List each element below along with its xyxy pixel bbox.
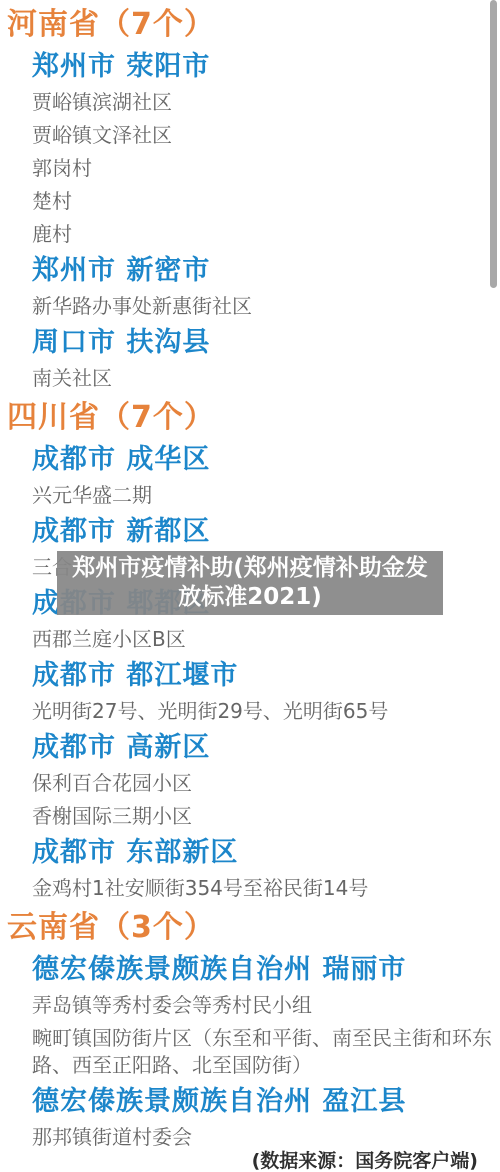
risk-area-item: 鹿村: [7, 221, 492, 248]
risk-area-item: 贾峪镇文泽社区: [7, 122, 492, 149]
city-heading: 成都市 新都区: [7, 516, 492, 548]
risk-area-item: 西郡兰庭小区B区: [7, 626, 492, 653]
risk-area-item: 弄岛镇等秀村委会等秀村民小组: [7, 992, 492, 1019]
province-heading: 云南省（3个）: [7, 909, 492, 947]
province-section: 河南省（7个）郑州市 荥阳市贾峪镇滨湖社区贾峪镇文泽社区郭岗村楚村鹿村郑州市 新…: [7, 6, 492, 392]
risk-area-item: 畹町镇国防街片区（东至和平街、南至民主街和环东路、西至正阳路、北至国防街）: [7, 1025, 492, 1079]
city-heading: 郑州市 荥阳市: [7, 51, 492, 83]
risk-area-item: 光明街27号、光明街29号、光明街65号: [7, 698, 492, 725]
province-heading: 四川省（7个）: [7, 399, 492, 437]
city-heading: 成都市 高新区: [7, 732, 492, 764]
risk-area-item: 金鸡村1社安顺街354号至裕民街14号: [7, 875, 492, 902]
risk-area-item: 贾峪镇滨湖社区: [7, 89, 492, 116]
risk-area-item: 保利百合花园小区: [7, 770, 492, 797]
risk-area-item: 郭岗村: [7, 155, 492, 182]
city-heading: 成都市 都江堰市: [7, 660, 492, 692]
province-section: 四川省（7个）成都市 成华区兴元华盛二期成都市 新都区三合成都市 郫都区西郡兰庭…: [7, 399, 492, 902]
city-heading: 德宏傣族景颇族自治州 盈江县: [7, 1086, 492, 1118]
risk-area-page: 河南省（7个）郑州市 荥阳市贾峪镇滨湖社区贾峪镇文泽社区郭岗村楚村鹿村郑州市 新…: [0, 0, 500, 1172]
risk-area-item: 南关社区: [7, 365, 492, 392]
risk-area-item: 香榭国际三期小区: [7, 803, 492, 830]
province-heading: 河南省（7个）: [7, 6, 492, 44]
city-heading: 周口市 扶沟县: [7, 327, 492, 359]
city-heading: 成都市 东部新区: [7, 837, 492, 869]
city-heading: 德宏傣族景颇族自治州 瑞丽市: [7, 954, 492, 986]
province-section: 云南省（3个）德宏傣族景颇族自治州 瑞丽市弄岛镇等秀村委会等秀村民小组畹町镇国防…: [7, 909, 492, 1151]
scrollbar-thumb[interactable]: [490, 0, 497, 288]
risk-area-item: 新华路办事处新惠街社区: [7, 293, 492, 320]
risk-area-item: 兴元华盛二期: [7, 482, 492, 509]
article-title-overlay: 郑州市疫情补助(郑州疫情补助金发放标准2021): [57, 551, 443, 615]
article-title: 郑州市疫情补助(郑州疫情补助金发放标准2021): [72, 555, 428, 610]
data-source-note: (数据来源：国务院客户端): [252, 1146, 478, 1172]
city-heading: 成都市 成华区: [7, 444, 492, 476]
city-heading: 郑州市 新密市: [7, 255, 492, 287]
risk-area-item: 楚村: [7, 188, 492, 215]
